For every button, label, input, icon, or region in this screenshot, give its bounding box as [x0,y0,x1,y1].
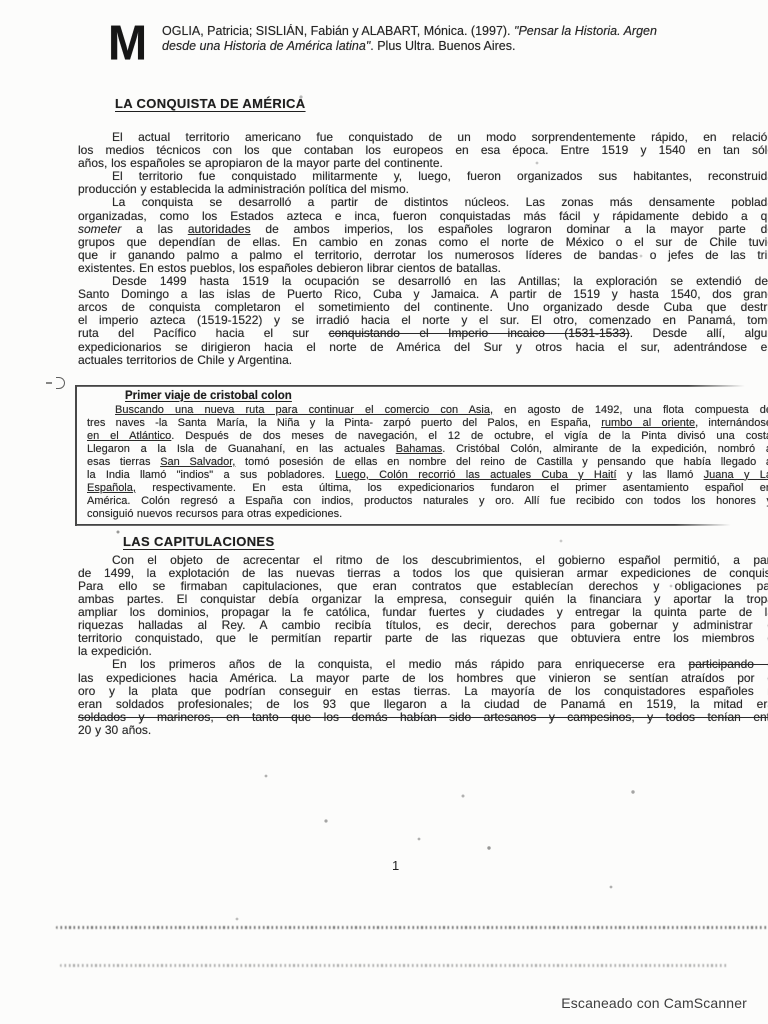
text-line: los medios técnicos con los que contaban… [78,144,768,157]
text-segment: ampliar los dominios, propagar la fe cat… [78,606,768,619]
text-line: El territorio fue conquistado militarmen… [78,170,768,183]
text-segment: respectivamente. En esta última, los exp… [136,482,768,494]
text-segment: . Desde allí, algun [630,327,768,340]
text-segment: riquezas halladas al Rey. A cambio recib… [78,619,768,632]
text-line: en el Atlántico. Después de dos meses de… [87,430,768,443]
text-segment: rumbo al oriente [601,417,695,429]
text-segment: someter [78,223,121,236]
page-number: 1 [392,858,399,873]
text-segment: el imperio azteca (1519-1522) y se irrad… [78,314,768,327]
text-line: Española, respectivamente. En esta últim… [87,482,768,495]
text-segment: autoridades [188,223,251,236]
text-line: el imperio azteca (1519-1522) y se irrad… [78,314,768,327]
text-segment: organizadas, como los Estados azteca e i… [78,210,768,223]
text-line: OGLIA, Patricia; SISLIÁN, Fabián y ALABA… [162,24,768,39]
text-line: Para ello se firmaban capitulaciones, qu… [78,580,768,593]
text-segment: esas tierras [87,456,160,468]
text-segment: ruta del Pacífico hacia el sur [78,327,329,340]
text-line: La conquista se desarrolló a partir de d… [78,196,768,209]
text-segment: desde una Historia de América latina" [162,39,370,53]
text-line: someter a las autoridades de ambos imper… [78,223,768,236]
text-segment: territorio conquistado, que le permitían… [78,632,768,645]
text-segment: de ambos imperios, los españoles lograro… [251,223,768,236]
text-line: oro y la plata que podrían conseguir en … [78,685,768,698]
text-line: El actual territorio americano fue conqu… [78,131,768,144]
para-arcos-de-conquista: Desde 1499 hasta 1519 la ocupación se de… [78,275,768,367]
text-segment: oro y la plata que podrían conseguir en … [78,685,768,698]
text-segment: Juana y La [704,469,768,481]
text-segment: Desde 1499 hasta 1519 la ocupación se de… [112,275,768,288]
text-line: ambas partes. El conquistar debía organi… [78,593,768,606]
heading-las-capitulaciones: LAS CAPITULACIONES [123,534,768,549]
scan-specks [0,0,2,2]
text-line: En los primeros años de la conquista, el… [78,658,768,671]
text-segment: producción y establecida la administraci… [78,183,409,196]
text-segment: Buscando una nueva ruta para continuar e… [115,404,493,416]
text-segment: El territorio fue conquistado militarmen… [112,170,768,183]
scan-artifact-line [60,964,728,967]
text-segment: OGLIA, Patricia; SISLIÁN, Fabián y ALABA… [162,24,514,38]
text-segment: años, los españoles se apropiaron de la … [78,157,443,170]
text-segment: soldados y marineros, en tanto que los d… [78,711,768,724]
document-body: LA CONQUISTA DE AMÉRICAEl actual territo… [78,96,768,737]
text-line: producción y establecida la administraci… [78,183,768,196]
text-line: actuales territorios de Chile y Argentin… [78,354,768,367]
heading-la-conquista: LA CONQUISTA DE AMÉRICA [115,96,768,111]
para-expediciones: En los primeros años de la conquista, el… [78,658,768,737]
citation-lines: OGLIA, Patricia; SISLIÁN, Fabián y ALABA… [108,24,768,54]
text-segment: los medios técnicos con los que contaban… [78,144,768,157]
text-segment: las expediciones hacia América. La mayor… [78,672,768,685]
text-line: América. Colón regresó a España con indi… [87,495,768,508]
text-segment: eran soldados profesionales; de los 93 q… [78,698,768,711]
text-segment: , internándose [695,417,768,429]
text-line: años, los españoles se apropiaron de la … [78,157,768,170]
box-primer-viaje: Primer viaje de cristobal colonBuscando … [75,385,768,526]
text-segment: expedicionarios se dirigieron hacia el n… [78,341,768,354]
text-line: Santo Domingo a las islas de Puerto Rico… [78,288,768,301]
text-segment: arcos de conquista completaron el someti… [78,301,768,314]
text-segment: a las [121,223,188,236]
text-line: ruta del Pacífico hacia el sur conquista… [78,327,768,340]
text-segment: consiguió nuevos recursos para otras exp… [87,508,342,520]
text-line: arcos de conquista completaron el someti… [78,301,768,314]
text-line: organizadas, como los Estados azteca e i… [78,210,768,223]
text-segment: La conquista se desarrolló a partir de d… [112,196,768,209]
text-segment: Para ello se firmaban capitulaciones, qu… [78,580,768,593]
text-segment: "Pensar la Historia. Argen [514,24,657,38]
text-segment: Santo Domingo a las islas de Puerto Rico… [78,288,768,301]
text-line: consiguió nuevos recursos para otras exp… [87,508,768,521]
text-segment: San Salvador, [160,456,235,468]
text-line: la India llamó "indios" a sus pobladores… [87,469,768,482]
text-segment: Con el objeto de acrecentar el ritmo de … [112,554,768,567]
text-line: tres naves -la Santa María, la Niña y la… [87,417,768,430]
text-line: 20 y 30 años. [78,724,768,737]
text-segment: la India llamó "indios" a sus pobladores… [87,469,335,481]
text-line: Llegaron a la Isla de Guanahaní, en las … [87,443,768,456]
text-segment: tres naves -la Santa María, la Niña y la… [87,417,601,429]
text-segment: participando e [689,658,768,671]
text-segment: . Después de dos meses de navegación, el… [171,430,768,442]
text-line: esas tierras San Salvador, tomó posesión… [87,456,768,469]
text-line: grupos que dependían de ellas. En cambio… [78,236,768,249]
text-segment: existentes. En estos pueblos, los españo… [78,262,501,275]
text-segment: 20 y 30 años. [78,724,151,737]
text-segment: Luego, Colón recorrió las actuales Cuba … [335,469,616,481]
text-segment: Española, [87,482,136,494]
text-line: que ir ganando palmo a palmo el territor… [78,249,768,262]
text-segment: . Cristóbal Colón, almirante de la exped… [442,443,768,455]
text-line: ampliar los dominios, propagar la fe cat… [78,606,768,619]
scan-artifact-mark [56,377,65,389]
text-line: Desde 1499 hasta 1519 la ocupación se de… [78,275,768,288]
text-line: desde una Historia de América latina". P… [162,39,768,54]
citation-drop-cap: M [108,24,162,59]
text-segment: de 1499, la explotación de las nuevas ti… [78,567,768,580]
text-segment: tomó posesión de ellas en nombre del rei… [235,456,768,468]
text-segment: El actual territorio americano fue conqu… [112,131,768,144]
para-nucleos: La conquista se desarrolló a partir de d… [78,196,768,275]
text-line: existentes. En estos pueblos, los españo… [78,262,768,275]
text-line: Con el objeto de acrecentar el ritmo de … [78,554,768,567]
text-segment: la expedición. [78,645,152,658]
text-line: la expedición. [78,645,768,658]
text-segment: ambas partes. El conquistar debía organi… [78,593,768,606]
para-territorio-militar: El territorio fue conquistado militarmen… [78,170,768,196]
text-segment: en agosto de 1492, una flota compuesta d… [493,404,768,416]
text-line: las expediciones hacia América. La mayor… [78,672,768,685]
text-line: expedicionarios se dirigieron hacia el n… [78,341,768,354]
scanner-credit-label: Escaneado con CamScanner [561,995,747,1011]
text-segment: en el Atlántico [87,430,171,442]
text-line: Buscando una nueva ruta para continuar e… [87,404,768,417]
text-line: soldados y marineros, en tanto que los d… [78,711,768,724]
text-line: territorio conquistado, que le permitían… [78,632,768,645]
para-capitulaciones: Con el objeto de acrecentar el ritmo de … [78,554,768,659]
text-segment: actuales territorios de Chile y Argentin… [78,354,292,367]
text-line: eran soldados profesionales; de los 93 q… [78,698,768,711]
citation: M OGLIA, Patricia; SISLIÁN, Fabián y ALA… [108,24,768,58]
text-segment: América. Colón regresó a España con indi… [87,495,768,507]
scanned-document-page: M OGLIA, Patricia; SISLIÁN, Fabián y ALA… [0,0,768,1024]
text-segment: grupos que dependían de ellas. En cambio… [78,236,768,249]
box-title: Primer viaje de cristobal colon [125,390,768,403]
text-segment: que ir ganando palmo a palmo el territor… [78,249,768,262]
text-line: de 1499, la explotación de las nuevas ti… [78,567,768,580]
text-segment: Bahamas [396,443,442,455]
text-segment: . Plus Ultra. Buenos Aires. [370,39,515,53]
scan-artifact-line [56,926,768,929]
text-segment: y las llamó [617,469,704,481]
document-content: M OGLIA, Patricia; SISLIÁN, Fabián y ALA… [78,0,768,737]
text-segment: Llegaron a la Isla de Guanahaní, en las … [87,443,396,455]
text-line: riquezas halladas al Rey. A cambio recib… [78,619,768,632]
text-segment: conquistando el Imperio incaico (1531-15… [329,327,630,340]
text-segment: En los primeros años de la conquista, el… [112,658,689,671]
para-conquista-rapida: El actual territorio americano fue conqu… [78,131,768,170]
